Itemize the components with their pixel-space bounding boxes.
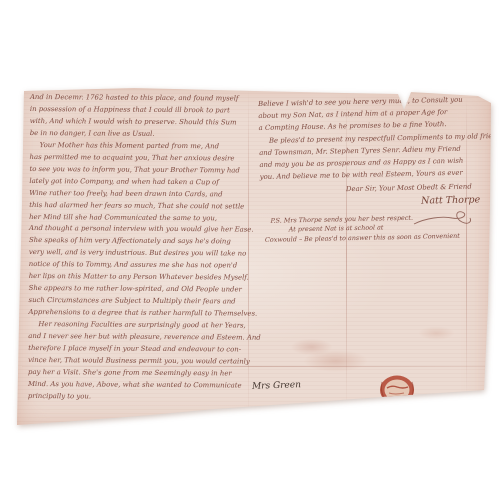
red-wax-seal (378, 374, 416, 406)
letter-line: principally to you. (28, 391, 260, 405)
letter-line: Wine rather too freely, had been drawn i… (29, 188, 261, 202)
letter-body-left-column: And in Decemr. 1762 hasted to this place… (28, 92, 262, 404)
address-recipient: Mrs Green (252, 380, 301, 392)
pen-flourish (412, 206, 474, 236)
letter-sheet-wrap: And in Decemr. 1762 hasted to this place… (0, 0, 500, 500)
letter-line: lately got into Company, and when had ta… (29, 176, 261, 190)
letter-line: this had alarmed her fears so much, That… (29, 200, 261, 214)
photo-of-letter: And in Decemr. 1762 hasted to this place… (0, 0, 500, 500)
letter-sheet: And in Decemr. 1762 hasted to this place… (14, 84, 494, 430)
